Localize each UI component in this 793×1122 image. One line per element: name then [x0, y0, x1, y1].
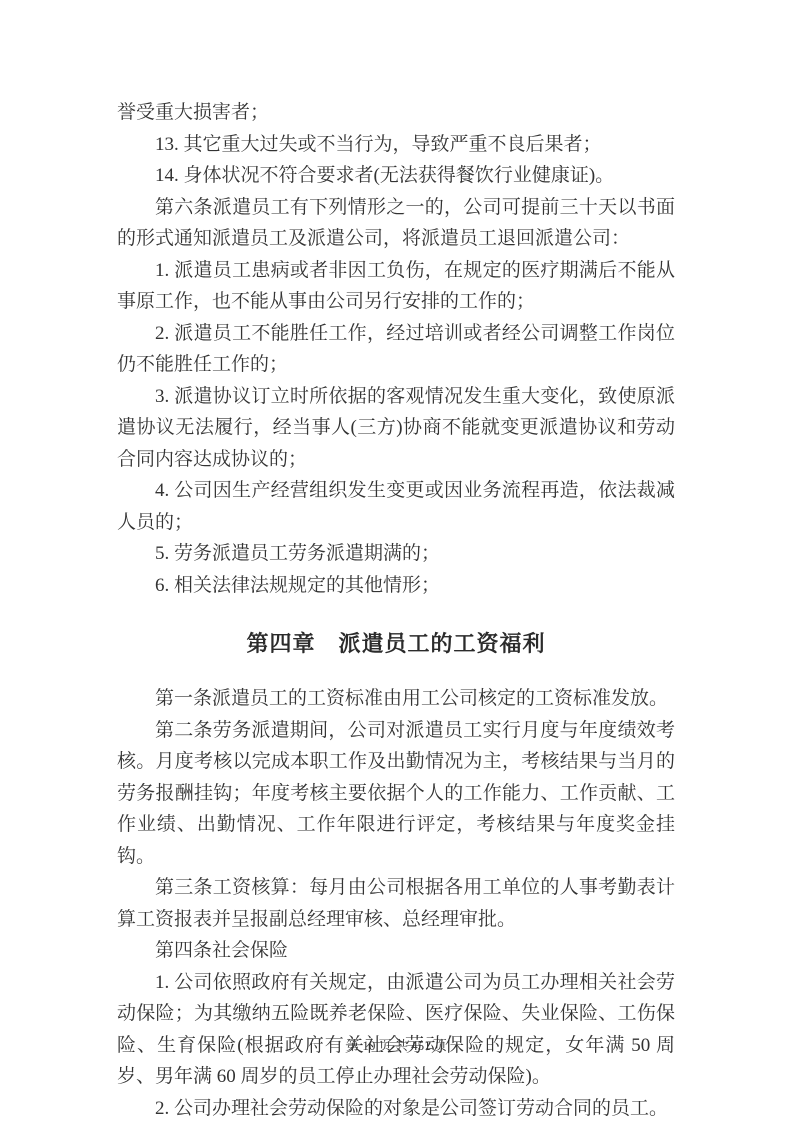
insurance-item-1: 1. 公司依照政府有关规定，由派遣公司为员工办理相关社会劳动保险；为其缴纳五险既… — [117, 967, 675, 1093]
list-item-1: 1. 派遣员工患病或者非因工负伤，在规定的医疗期满后不能从事原工作，也不能从事由… — [117, 255, 675, 318]
article-1-paragraph: 第一条派遣员工的工资标准由用工公司核定的工资标准发放。 — [117, 683, 675, 715]
article-3-paragraph: 第三条工资核算：每月由公司根据各用工单位的人事考勤表计算工资报表并呈报副总经理审… — [117, 872, 675, 935]
list-item-2: 2. 派遣员工不能胜任工作，经过培训或者经公司调整工作岗位仍不能胜任工作的； — [117, 318, 675, 381]
list-item-5: 5. 劳务派遣员工劳务派遣期满的； — [117, 538, 675, 570]
article-4-heading-paragraph: 第四条社会保险 — [117, 935, 675, 967]
list-item-6: 6. 相关法律法规规定的其他情形； — [117, 570, 675, 602]
list-item-4: 4. 公司因生产经营组织发生变更或因业务流程再造，依法裁减人员的； — [117, 475, 675, 538]
paragraph-continuation: 誉受重大损害者； — [117, 97, 675, 129]
page-number-label: 第 10 页 共 451 页 — [346, 1038, 447, 1053]
page-footer: 第 10 页 共 451 页 — [0, 1037, 793, 1055]
document-page: 誉受重大损害者； 13. 其它重大过失或不当行为，导致严重不良后果者； 14. … — [0, 0, 793, 1122]
list-item-14: 14. 身体状况不符合要求者(无法获得餐饮行业健康证)。 — [117, 160, 675, 192]
document-body: 誉受重大损害者； 13. 其它重大过失或不当行为，导致严重不良后果者； 14. … — [117, 97, 675, 1122]
article-6-paragraph: 第六条派遣员工有下列情形之一的，公司可提前三十天以书面的形式通知派遣员工及派遣公… — [117, 192, 675, 255]
list-item-3: 3. 派遣协议订立时所依据的客观情况发生重大变化，致使原派遣协议无法履行，经当事… — [117, 381, 675, 476]
insurance-item-2: 2. 公司办理社会劳动保险的对象是公司签订劳动合同的员工。 — [117, 1093, 675, 1122]
list-item-13: 13. 其它重大过失或不当行为，导致严重不良后果者； — [117, 129, 675, 161]
chapter-4-heading: 第四章 派遣员工的工资福利 — [117, 628, 675, 660]
article-2-paragraph: 第二条劳务派遣期间，公司对派遣员工实行月度与年度绩效考核。月度考核以完成本职工作… — [117, 715, 675, 873]
